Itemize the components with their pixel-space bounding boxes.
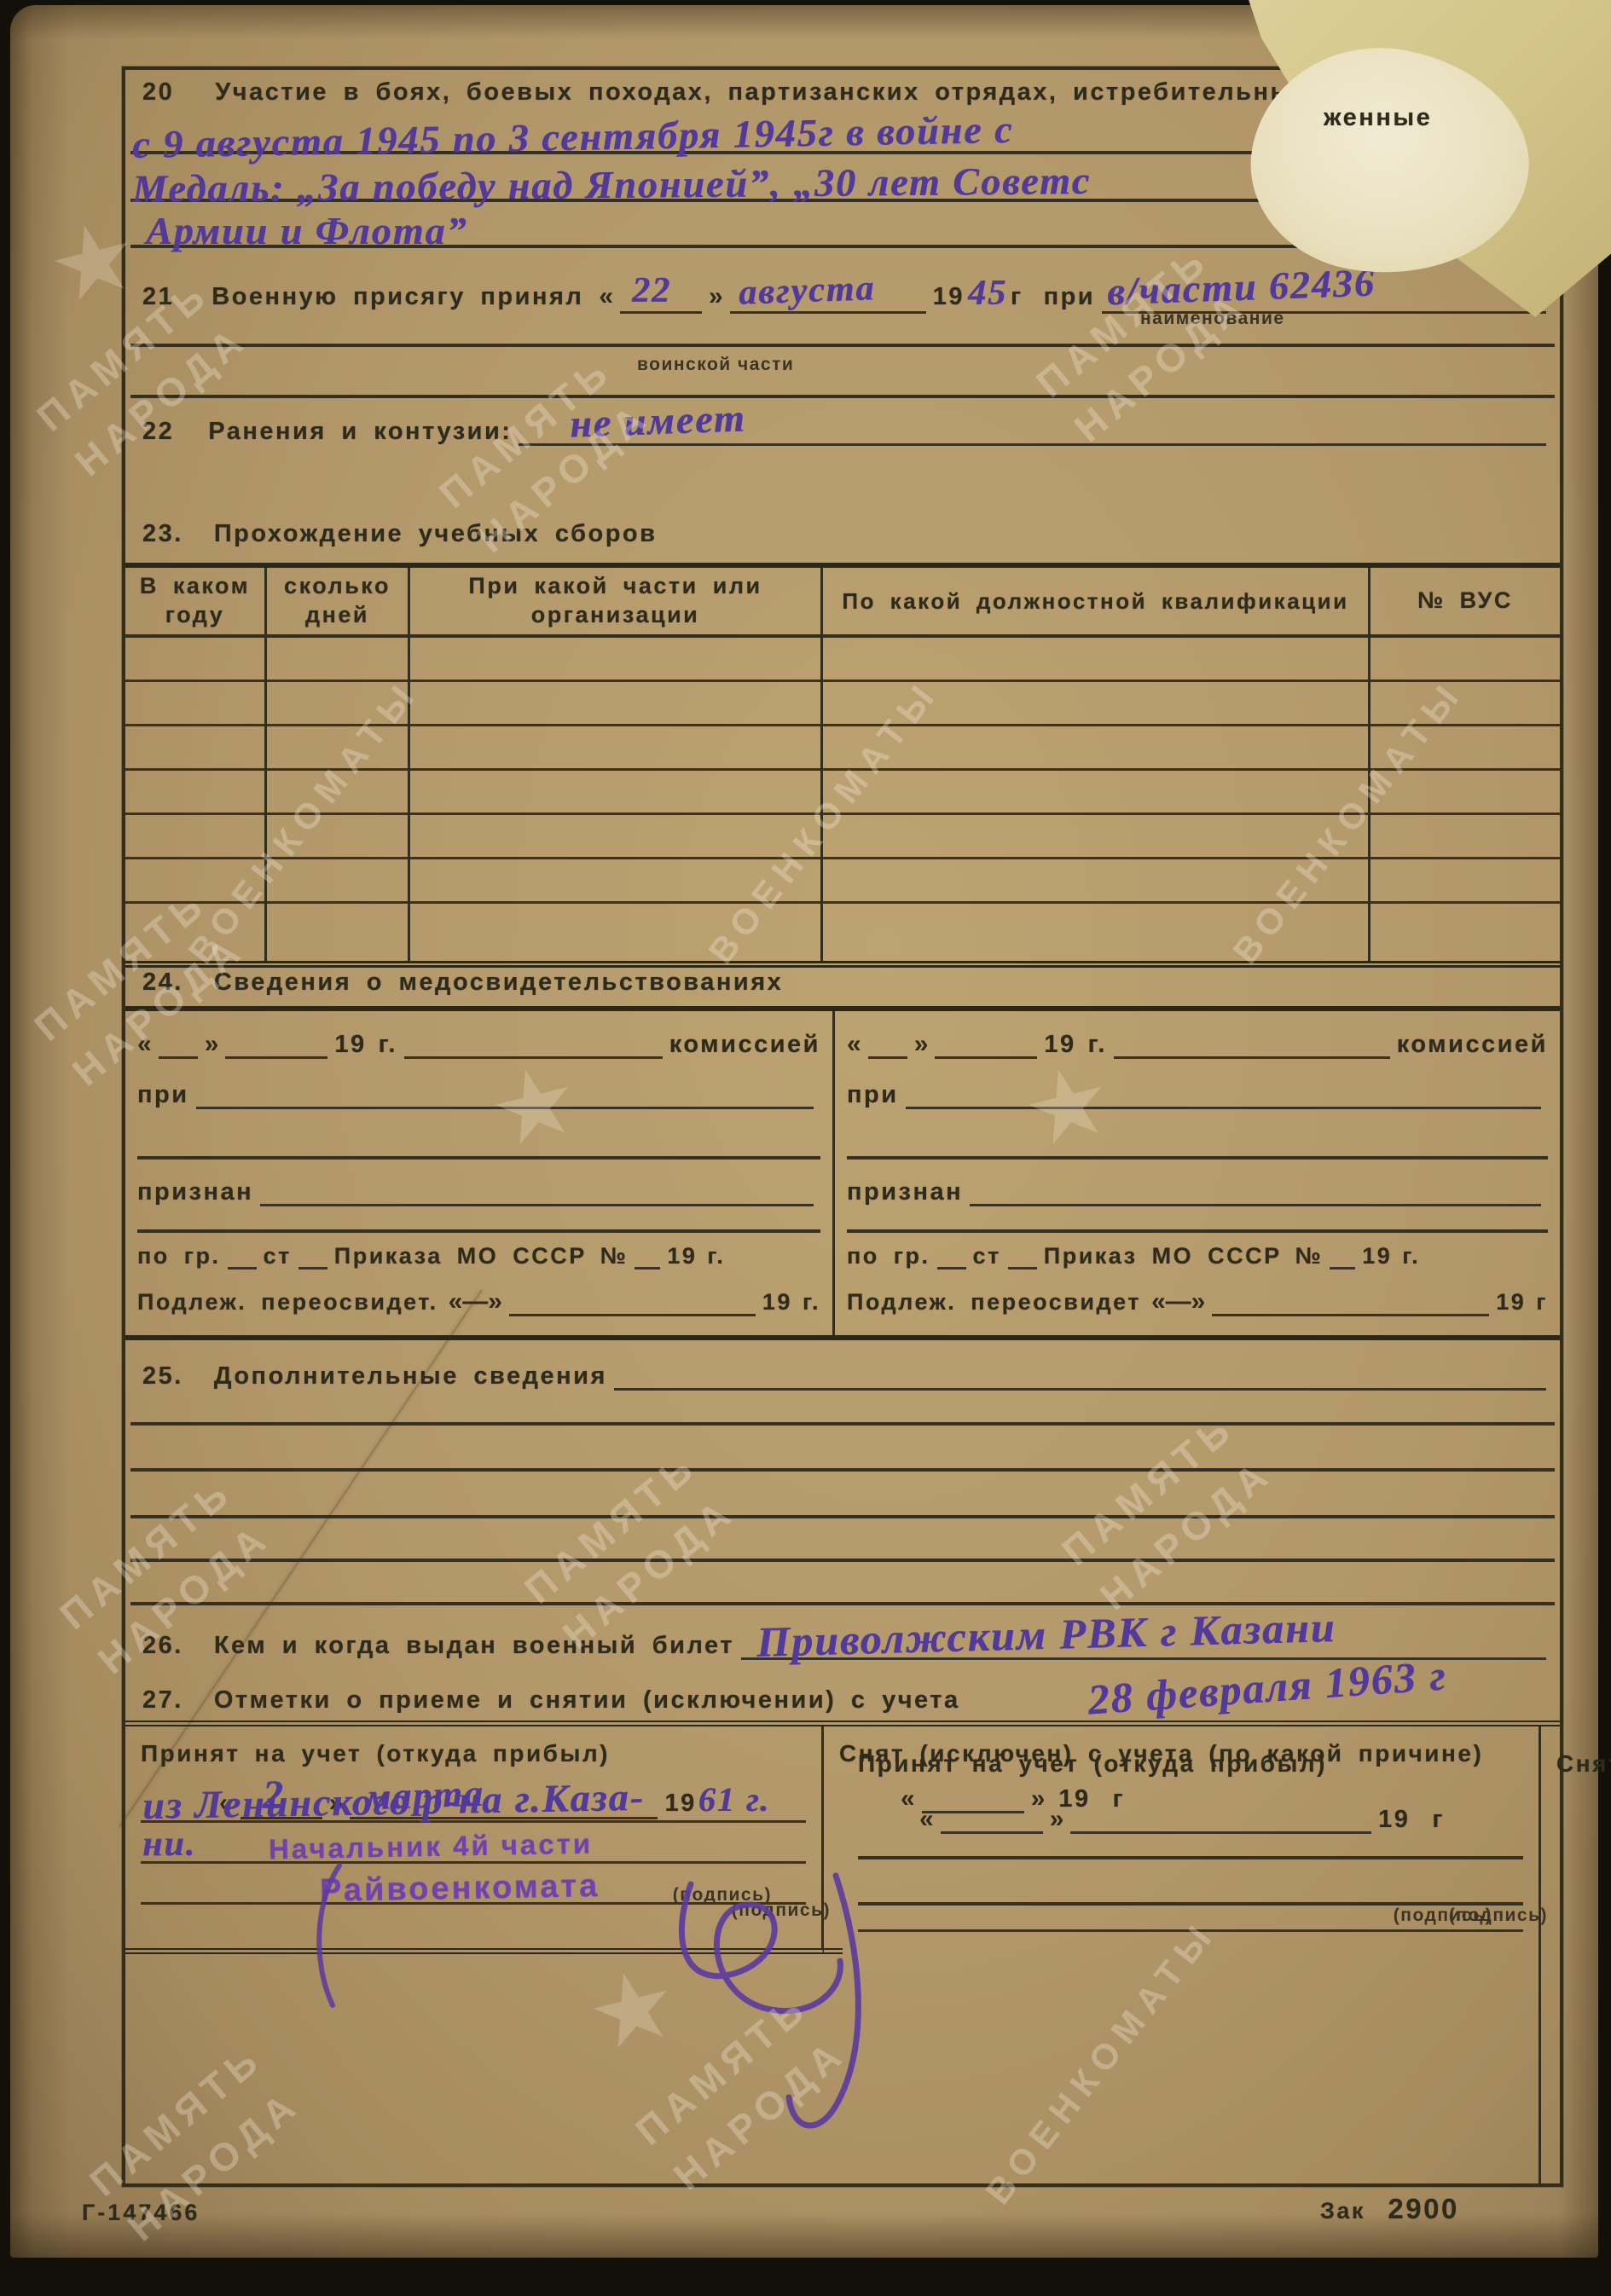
item25-rule-5	[130, 1602, 1555, 1605]
recognized-slot	[970, 1199, 1541, 1206]
item20-handwriting-1: с 9 августа 1945 по 3 сентября 1945г в в…	[132, 107, 1014, 167]
item21-year-prefix: 19	[933, 283, 965, 311]
item25-number: 25.	[142, 1362, 183, 1391]
num-label: №	[1295, 1243, 1324, 1269]
reexam-quote: «—»	[1151, 1287, 1205, 1316]
medical-column-right: « » 19 г. комиссией при признан	[835, 1011, 1560, 1335]
quote-open: «	[847, 1030, 861, 1059]
order-label: Приказа МО СССР	[334, 1243, 587, 1269]
reexam-label: Подлеж. переосвидет	[847, 1289, 1141, 1316]
accepted2-header-row: Принят на учет (откуда прибыл)	[858, 1750, 1523, 1778]
month-slot	[225, 1051, 327, 1059]
order-label: Приказ МО СССР	[1044, 1243, 1282, 1269]
date-slot	[868, 1051, 907, 1059]
item22-hw-value: не имеет	[570, 396, 747, 447]
at-slot	[906, 1102, 1541, 1109]
item21-year-suffix: г	[1011, 283, 1023, 311]
item27-heading: 27. Отметки о приеме и снятии (исключени…	[142, 1686, 960, 1715]
item21-rule-2	[130, 395, 1555, 398]
order-year: 19	[667, 1243, 697, 1269]
item25-slot	[614, 1383, 1546, 1391]
item25-rule-1	[130, 1422, 1555, 1426]
t23-col-year: В каком году	[125, 568, 267, 961]
item26-hw-value: Приволжским РВК г Казани	[756, 1602, 1336, 1667]
order-g: г.	[707, 1243, 725, 1269]
accepted-header: Принят на учет (откуда прибыл)	[141, 1740, 610, 1767]
item25-rule-4	[130, 1559, 1555, 1562]
item22-line: 22 Ранения и контузии: не имеет	[142, 418, 1553, 446]
med-r-blank-rule-2	[847, 1229, 1548, 1233]
commission-label: комиссией	[1397, 1031, 1548, 1059]
item22-number: 22	[142, 418, 174, 446]
item22-label: Ранения и контузии:	[208, 418, 512, 446]
reexam-year: 19	[762, 1289, 792, 1316]
st-label: ст	[973, 1243, 1001, 1269]
g-label: г.	[1088, 1031, 1107, 1059]
patch-text-fragment: женные	[1324, 104, 1432, 132]
stamp-text-2: Райвоенкомата	[320, 1868, 600, 1910]
item23-heading: 23. Прохождение учебных сборов	[142, 520, 657, 548]
item21-number: 21	[142, 283, 174, 311]
t23-header-days: сколько дней	[284, 572, 391, 630]
year-19: 19	[1378, 1806, 1410, 1834]
med-r-recognized-row: признан	[847, 1178, 1548, 1206]
commission-slot	[1114, 1051, 1390, 1059]
t23-col-unit: При какой части или организации	[410, 568, 823, 961]
item26-label: Кем и когда выдан военный билет	[214, 1632, 734, 1660]
g-label: г.	[379, 1031, 397, 1059]
med-r-order-row: по гр. ст Приказ МО СССР № 19 г.	[847, 1243, 1548, 1269]
item20-handwriting-2: Медаль: „За победу над Японией”, „30 лет…	[132, 158, 1092, 211]
order-year: 19	[1362, 1243, 1392, 1269]
t23-col-days: сколько дней	[267, 568, 410, 961]
registration-table: Принят на учет (откуда прибыл) « 2 » мар…	[125, 1721, 1560, 2183]
item21-hw-month: августа	[738, 268, 876, 314]
g-label: г	[1432, 1806, 1445, 1834]
t23-header-qualification: По какой должностной квалификации	[842, 587, 1348, 616]
med-r-reexam-row: Подлеж. переосвидет «—» 19 г	[847, 1287, 1548, 1316]
accepted-from-row-1: из Ленинского р-на г.Каза-	[141, 1815, 806, 1823]
item21-label: Военную присягу принял	[212, 283, 583, 311]
recognized-label: признан	[847, 1178, 963, 1206]
item21-caption2-row: воинской части	[637, 355, 794, 375]
t23-header-unit: При какой части или организации	[468, 572, 762, 630]
t23-col-qualification: По какой должностной квалификации	[823, 568, 1371, 961]
reexam-g: г	[1536, 1289, 1548, 1316]
item24-number: 24.	[142, 969, 183, 997]
commission-slot	[404, 1051, 663, 1059]
accepted2-date-row: « » 19 г	[919, 1805, 1445, 1834]
t23-header-vus: № ВУС	[1417, 587, 1513, 616]
accepted-signature-row: Райвоенкомата (подпись)	[141, 1897, 806, 1905]
hw-from-1: из Ленинского р-на г.Каза-	[142, 1774, 646, 1828]
item21-month-slot: августа	[730, 306, 926, 314]
at-slot	[196, 1102, 814, 1109]
form-frame: 20 Участие в боях, боевых походах, парти…	[122, 67, 1563, 2187]
accepted2-rule-1	[858, 1856, 1523, 1859]
at-label: при	[137, 1081, 189, 1109]
item25-heading: 25. Дополнительные сведения	[142, 1362, 1553, 1391]
accepted-header: Принят на учет (откуда прибыл)	[858, 1750, 1327, 1778]
quote-open: «	[919, 1805, 934, 1834]
t23-empty-cell	[125, 638, 264, 682]
med-r-date-row: « » 19 г. комиссией	[847, 1030, 1548, 1059]
item21-hw-unit: в/части 62436	[1106, 260, 1376, 315]
item21-line: 21 Военную присягу принял « 22 » августа…	[142, 273, 1553, 314]
patch-fragment-label: женные	[1324, 104, 1432, 131]
med-l-date-row: « » 19 г. комиссией	[137, 1030, 820, 1059]
reexam-year: 19	[1496, 1289, 1526, 1316]
t27-cell-accepted-2: Принят на учет (откуда прибыл) « » 19 г …	[843, 1726, 1541, 2183]
st-label: ст	[264, 1243, 292, 1269]
item27-label: Отметки о приеме и снятии (исключении) с…	[214, 1686, 960, 1715]
med-l-recognized-row: признан	[137, 1178, 820, 1206]
med-l-at-row: при	[137, 1081, 820, 1109]
quote-close: »	[914, 1030, 929, 1059]
item26-hw-date: 28 февраля 1963 г	[1086, 1650, 1448, 1724]
item21-caption-naimenovanie: наименование	[1140, 309, 1285, 329]
year-19: 19	[664, 1790, 696, 1818]
signature-caption: (подпись)	[1449, 1906, 1548, 1926]
item24-heading: 24. Сведения о медосвидетельствованиях	[142, 969, 783, 997]
item21-hw-year: 45	[968, 273, 1007, 314]
item21-rule-1	[130, 344, 1555, 347]
commission-label: комиссией	[669, 1031, 820, 1059]
at-label: при	[847, 1081, 899, 1109]
t27-cell-accepted-1: Принят на учет (откуда прибыл) « 2 » мар…	[125, 1726, 824, 1954]
med-l-blank-rule-2	[137, 1229, 820, 1233]
medical-exams-box: « » 19 г. комиссией при признан	[125, 1006, 1560, 1340]
accepted2-signature-row: (подпись)	[858, 1924, 1523, 1932]
po-gr-label: по гр.	[847, 1243, 930, 1269]
item21-close-quote: »	[709, 282, 723, 311]
form-code: Г-147466	[82, 2200, 200, 2226]
item20-label: Участие в боях, боевых походах, партизан…	[215, 78, 1309, 107]
item21-open-quote: «	[599, 282, 613, 311]
item20-heading: 20 Участие в боях, боевых походах, парти…	[142, 78, 1309, 107]
year-19: 19	[1044, 1031, 1075, 1059]
med-l-order-row: по гр. ст Приказа МО СССР № 19 г.	[137, 1243, 820, 1269]
item23-label: Прохождение учебных сборов	[214, 520, 658, 548]
item26-line: 26. Кем и когда выдан военный билет Прив…	[142, 1632, 1553, 1660]
removed-header: Снят (исключен) с учета (по какой причин…	[1556, 1750, 1611, 1778]
med-l-blank-rule-1	[137, 1156, 820, 1160]
year-19: 19	[334, 1031, 366, 1059]
item25-rule-3	[130, 1515, 1555, 1518]
signature-caption: (подпись)	[732, 1900, 831, 1921]
item21-caption1-row: наименование	[1140, 309, 1285, 329]
month-slot	[935, 1051, 1037, 1059]
item26-number: 26.	[142, 1632, 183, 1660]
reexam-quote: «—»	[449, 1287, 502, 1316]
item23-number: 23.	[142, 520, 183, 548]
form-code-label: Г-147466	[82, 2200, 200, 2225]
med-r-blank-rule-1	[847, 1156, 1548, 1160]
item27-number: 27.	[142, 1686, 183, 1715]
item25-label: Дополнительные сведения	[214, 1362, 607, 1391]
quote-close: »	[1050, 1805, 1064, 1834]
t23-header-year: В каком году	[140, 572, 250, 630]
accepted-from-row-2: ни. Начальник 4й части	[141, 1856, 806, 1864]
item21-caption-voinskoy-chasti: воинской части	[637, 355, 794, 375]
item22-slot: не имеет	[519, 438, 1546, 446]
item21-pri-label: при	[1044, 283, 1096, 311]
num-label: №	[600, 1243, 629, 1269]
t27-cell-removed-2: Снят (исключен) с учета (по какой причин…	[1541, 1726, 1560, 2183]
item20-handwriting-3: Армии и Флота”	[146, 208, 467, 253]
accepted-header-row: Принят на учет (откуда прибыл)	[141, 1740, 806, 1767]
reexam-g: г.	[803, 1289, 820, 1316]
item20-number: 20	[142, 78, 174, 107]
date-slot	[159, 1051, 198, 1059]
hw-year: 61 г.	[698, 1779, 770, 1819]
hw-from-2: ни.	[142, 1824, 196, 1865]
recognized-slot	[260, 1199, 814, 1206]
recognized-label: признан	[137, 1178, 253, 1206]
item25-rule-2	[130, 1468, 1555, 1472]
order-g: г.	[1402, 1243, 1420, 1269]
scanned-military-document: 20 Участие в боях, боевых походах, парти…	[0, 0, 1611, 2296]
quote-open: «	[137, 1030, 152, 1059]
po-gr-label: по гр.	[137, 1243, 221, 1269]
medical-column-left: « » 19 г. комиссией при признан	[125, 1011, 835, 1335]
item21-hw-day: 22	[632, 270, 671, 311]
t27-cell-removed-1: Снят (исключен) с учета (по какой причин…	[824, 1726, 843, 1954]
reexam-label: Подлеж. переосвидет.	[137, 1289, 438, 1316]
stamp-text-1: Начальник 4й части	[269, 1828, 594, 1866]
t23-col-vus: № ВУС	[1371, 568, 1560, 961]
item21-day-slot: 22	[620, 306, 702, 314]
print-order-number: 2900	[1388, 2193, 1458, 2224]
item24-label: Сведения о медосвидетельствованиях	[214, 969, 783, 997]
quote-close: »	[205, 1030, 219, 1059]
training-camps-table: В каком году сколько дней При какой част…	[125, 563, 1560, 968]
print-order-label: Зак	[1320, 2198, 1365, 2224]
print-order: Зак 2900	[1320, 2193, 1459, 2225]
med-r-at-row: при	[847, 1081, 1548, 1109]
